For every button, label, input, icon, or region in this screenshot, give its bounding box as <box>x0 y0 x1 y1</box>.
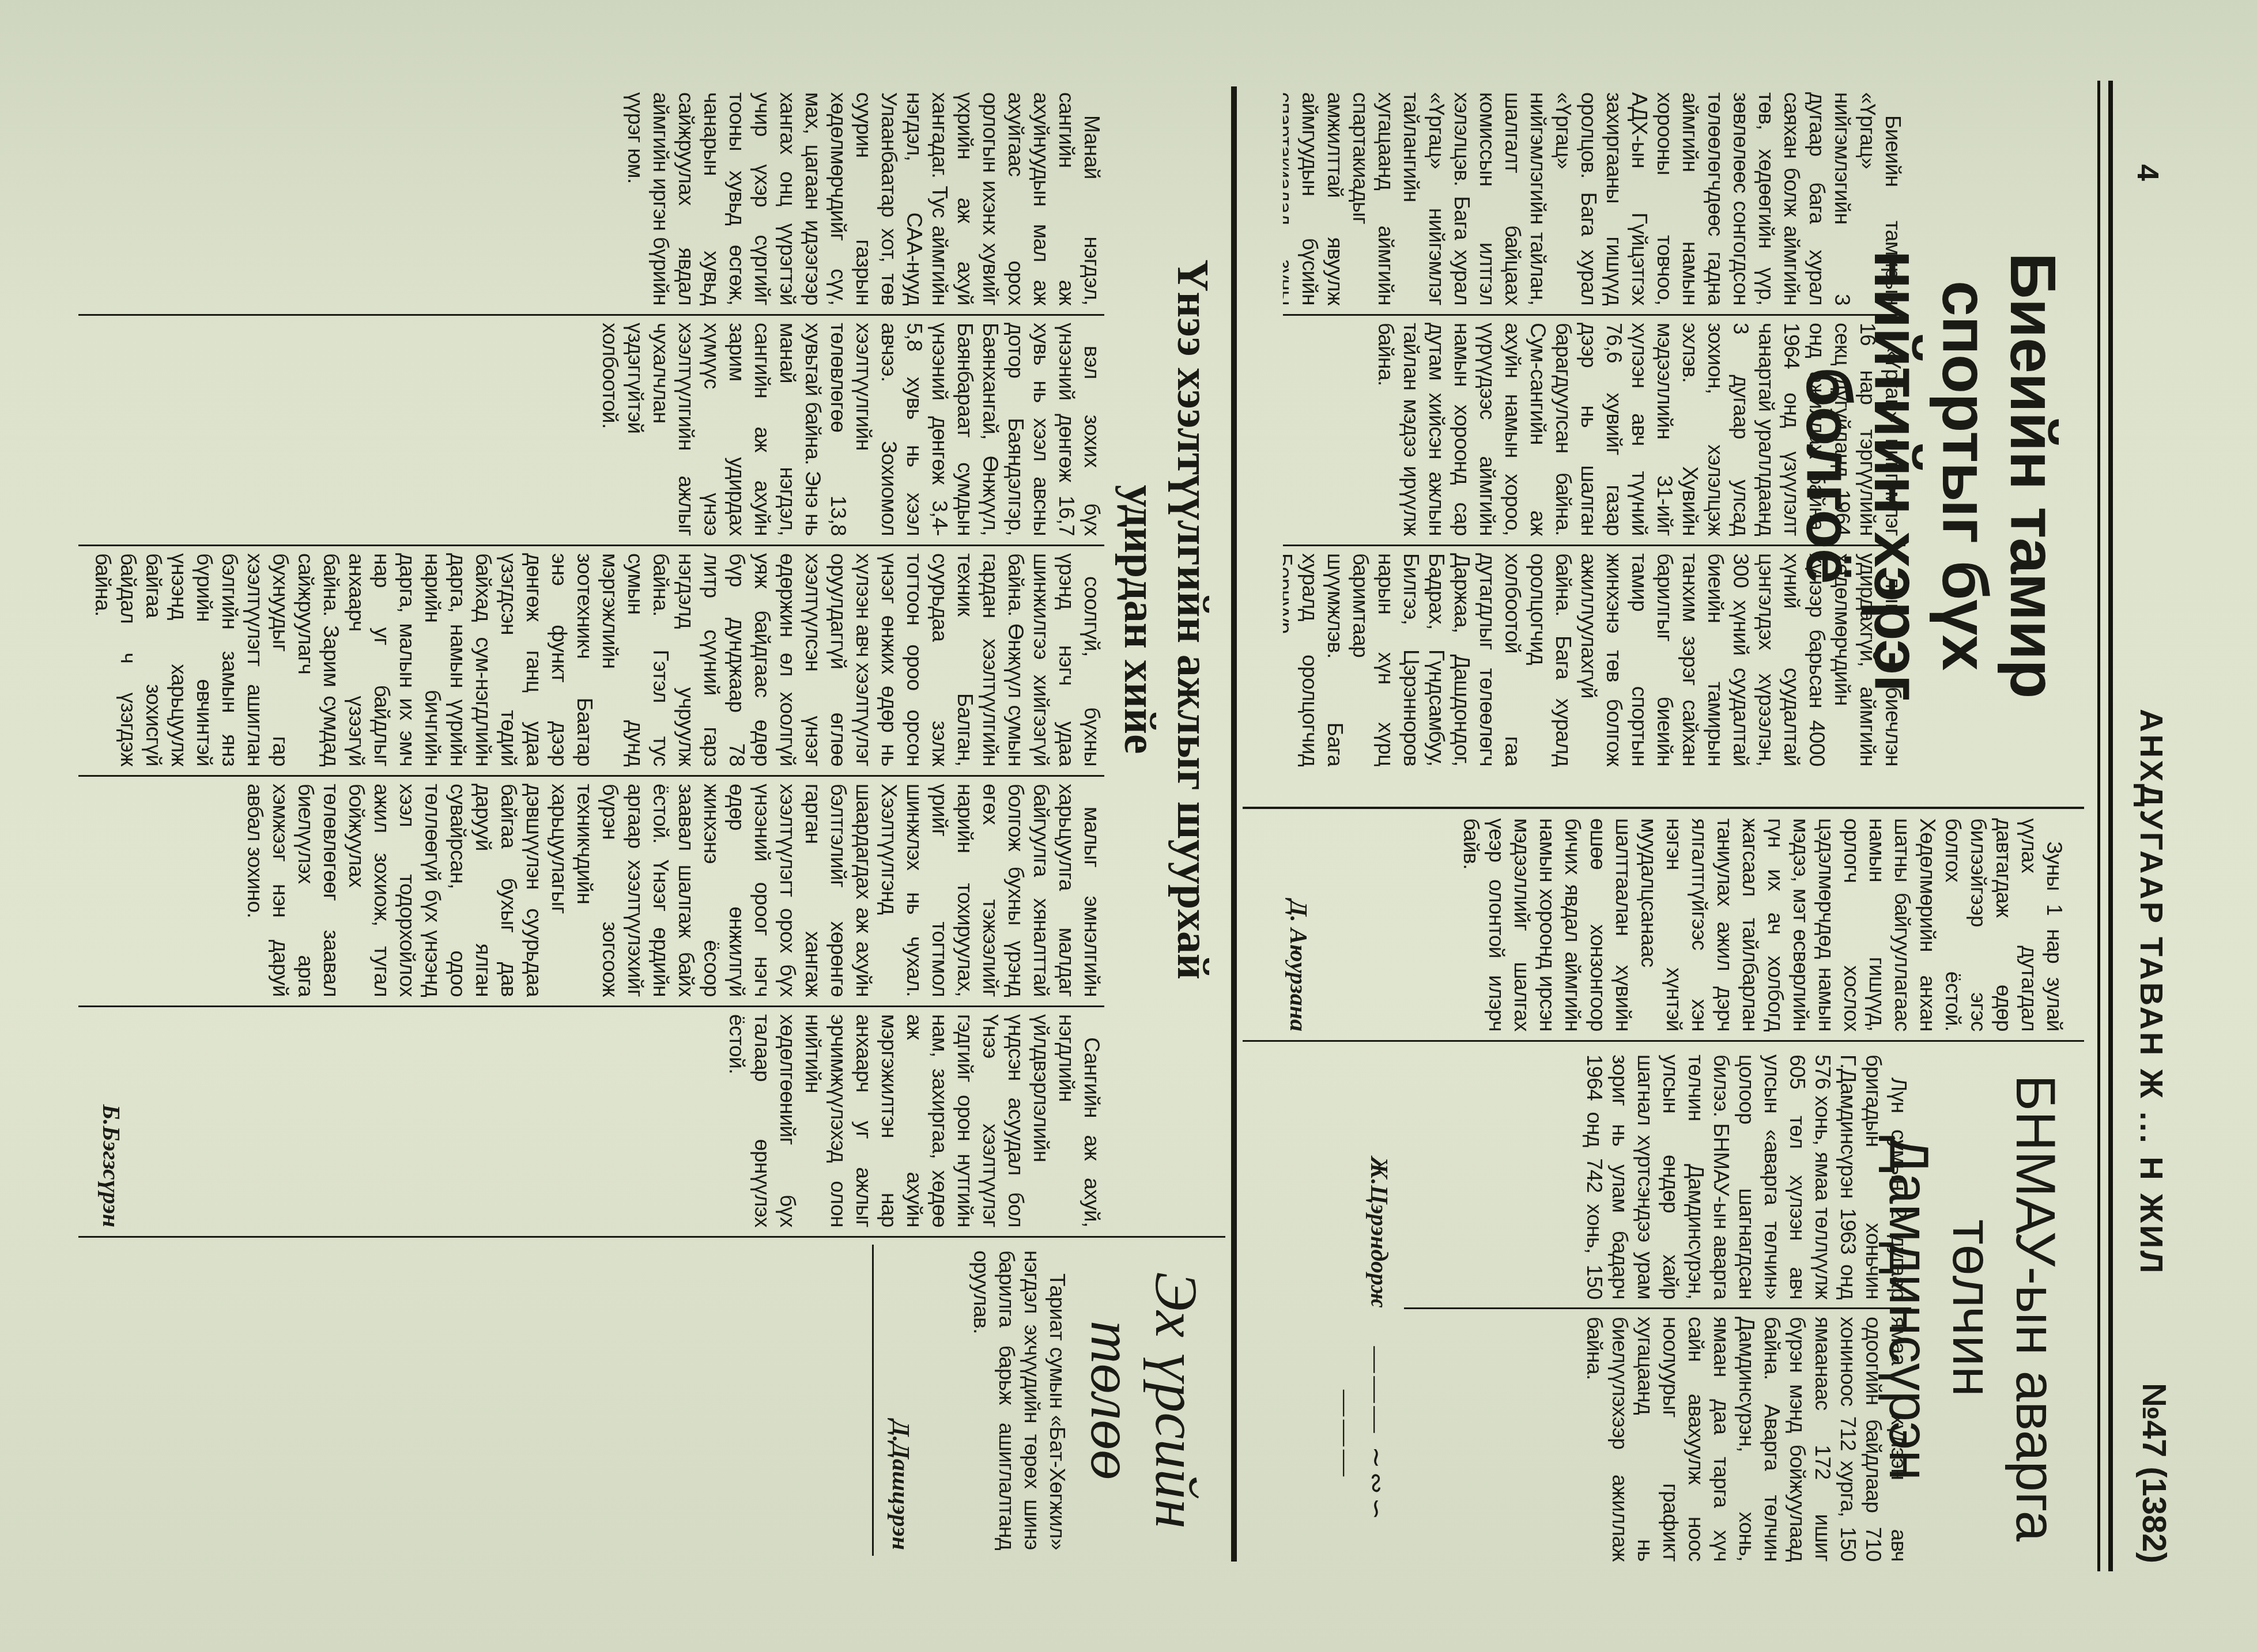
column-rule <box>1283 314 1905 316</box>
sport-title-line-1: Биеийн тамир спортыг бүх <box>1931 150 2067 801</box>
column-rule <box>1283 545 1905 546</box>
sport-paragraph-3: лыг биечлэн удирдахгүй, аймгийн хөдөлмөр… <box>1283 553 1905 766</box>
breeding-paragraph-5: Сангийн аж ахуй, нэгдлийн үйлдвэрлэлийн … <box>724 1014 1104 1227</box>
mothers-article-title: Эх үрсийн төлөө <box>1079 1245 1208 1556</box>
sport-col-2: «Үргац» нийгэмлэг 16 нар тэргүүлийн секц… <box>1283 323 1905 536</box>
sport-col-1: Биеийн тамирын «Үргац» нийгэмлэгийн 3 ду… <box>1283 92 1905 305</box>
signature-ayurzana: Д. Аюурзана <box>1284 818 1312 1031</box>
section-rule <box>1243 807 2084 809</box>
breeding-col-5: Сангийн аж ахуй, нэгдлийн үйлдвэрлэлийн … <box>124 1014 1104 1227</box>
champion-body: Лүн сумын 2 дугаар бригадын хоньчин Г.Да… <box>1404 1054 1911 1562</box>
header-rule-thin <box>2097 81 2099 1571</box>
breeding-paragraph-3: соолгүй, бүхны үрэнд нэгч удаа шинжилгээ… <box>90 553 1104 766</box>
newspaper-page: 4 АНХДУГААР ТАВАН Ж ... Н ЖИЛ №47 (1382)… <box>0 0 2257 1652</box>
signature-begzsuren: Б.Бэгзсүрэн <box>97 1014 124 1227</box>
breeding-title-line-2: удирдан хийе <box>1114 115 1167 1124</box>
breeding-paragraph-1: Манай нэгдэл, сангийн аж ахуйнуудын мал … <box>622 92 1104 305</box>
champion-title-line-1: БНМАУ-ын аварга <box>2003 1054 2067 1562</box>
issue-number: №47 (1382) <box>2135 1383 2173 1563</box>
signature-tserendorj: Ж.Цэрэндорж <box>1365 1054 1392 1308</box>
sport-col-4: Зуны 1 нар зулай үүлах дутагдал давтагда… <box>1444 818 2067 1031</box>
breeding-paragraph-2: вэл зохих бүх үнээний дөнгөж 16,7 хувь н… <box>597 323 1104 536</box>
article-end-rule <box>872 1245 874 1556</box>
breeding-title-line-1: Үнээ хээлтүүлгийн ажлыг шуурхай <box>1167 115 1220 1124</box>
breeding-col-1: Манай нэгдэл, сангийн аж ахуйнуудын мал … <box>78 92 1104 305</box>
breeding-paragraph-4: малыг эмнэлгийн харьцуулга малдаг байгуу… <box>242 784 1104 997</box>
ornament-divider: ——— ∼∾∽ ——— <box>1331 1308 1392 1562</box>
column-rule <box>78 545 1104 546</box>
breeding-col-4: малыг эмнэлгийн харьцуулга малдаг байгуу… <box>78 784 1104 997</box>
sport-col-3: лыг биечлэн удирдахгүй, аймгийн хөдөлмөр… <box>1283 553 1905 766</box>
column-rule <box>78 314 1104 316</box>
column-rule <box>78 775 1104 777</box>
continued-paragraph: Зуны 1 нар зулай үүлах дутагдал давтагда… <box>1458 818 2067 1031</box>
page-number: 4 <box>2130 164 2165 181</box>
sport-paragraph-2: «Үргац» нийгэмлэг 16 нар тэргүүлийн секц… <box>1373 323 1905 536</box>
breeding-col-3: соолгүй, бүхны үрэнд нэгч удаа шинжилгээ… <box>78 553 1104 766</box>
running-title: АНХДУГААР ТАВАН Ж ... Н ЖИЛ <box>2133 709 2171 1275</box>
breeding-article-title: Үнээ хээлтүүлгийн ажлыг шуурхай удирдан … <box>1114 115 1220 1124</box>
signature-dashtseren: Д.Дашцэрэн <box>886 1250 914 1550</box>
column-rule <box>78 1236 1225 1238</box>
section-separator <box>1231 86 1237 1562</box>
mothers-paragraph: Тариат сумын «Бат-Хөгжил» нэгдэл эхчүүди… <box>968 1250 1070 1550</box>
sport-paragraph-1: Биеийн тамирын «Үргац» нийгэмлэгийн 3 ду… <box>1283 92 1905 305</box>
column-rule <box>78 1005 1104 1007</box>
header-rule <box>2099 81 2113 1571</box>
mothers-body: Тариат сумын «Бат-Хөгжил» нэгдэл эхчүүди… <box>968 1250 1070 1550</box>
champion-paragraph: Лүн сумын 2 дугаар бригадын хоньчин Г.Да… <box>1582 1054 1911 1562</box>
column-rule <box>1243 1040 2084 1042</box>
breeding-col-2: вэл зохих бүх үнээний дөнгөж 16,7 хувь н… <box>78 323 1104 536</box>
